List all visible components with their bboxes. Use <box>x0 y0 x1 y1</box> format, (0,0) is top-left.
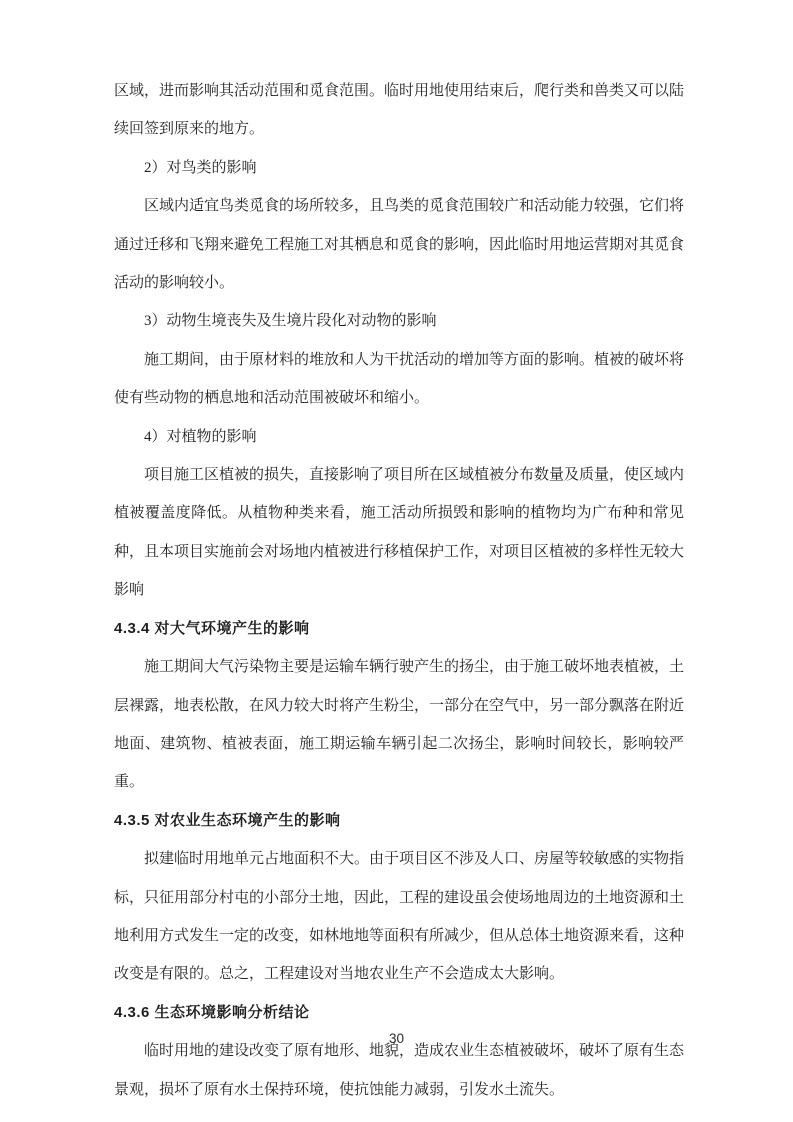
list-item-heading: 3）动物生境丧失及生境片段化对动物的影响 <box>114 302 684 340</box>
list-item-heading: 2）对鸟类的影响 <box>114 149 684 187</box>
list-item-heading: 4）对植物的影响 <box>114 418 684 456</box>
body-paragraph-continued: 区域，进而影响其活动范围和觅食范围。临时用地使用结束后，爬行类和兽类又可以陆续回… <box>114 72 684 149</box>
page-number: 30 <box>0 1030 793 1048</box>
document-body: 区域，进而影响其活动范围和觅食范围。临时用地使用结束后，爬行类和兽类又可以陆续回… <box>114 72 684 1109</box>
document-page: 区域，进而影响其活动范围和觅食范围。临时用地使用结束后，爬行类和兽类又可以陆续回… <box>0 0 793 1122</box>
body-paragraph: 项目施工区植被的损失，直接影响了项目所在区域植被分布数量及质量，使区域内植被覆盖… <box>114 456 684 610</box>
body-paragraph: 施工期间大气污染物主要是运输车辆行驶产生的扬尘，由于施工破坏地表植被，土层裸露，… <box>114 648 684 802</box>
body-paragraph: 施工期间，由于原材料的堆放和人为干扰活动的增加等方面的影响。植被的破坏将使有些动… <box>114 341 684 418</box>
section-heading: 4.3.5 对农业生态环境产生的影响 <box>114 802 684 840</box>
body-paragraph: 区域内适宜鸟类觅食的场所较多，且鸟类的觅食范围较广和活动能力较强，它们将通过迁移… <box>114 187 684 302</box>
body-paragraph: 拟建临时用地单元占地面积不大。由于项目区不涉及人口、房屋等较敏感的实物指标，只征… <box>114 840 684 994</box>
section-heading: 4.3.4 对大气环境产生的影响 <box>114 610 684 648</box>
section-heading: 4.3.6 生态环境影响分析结论 <box>114 994 684 1032</box>
